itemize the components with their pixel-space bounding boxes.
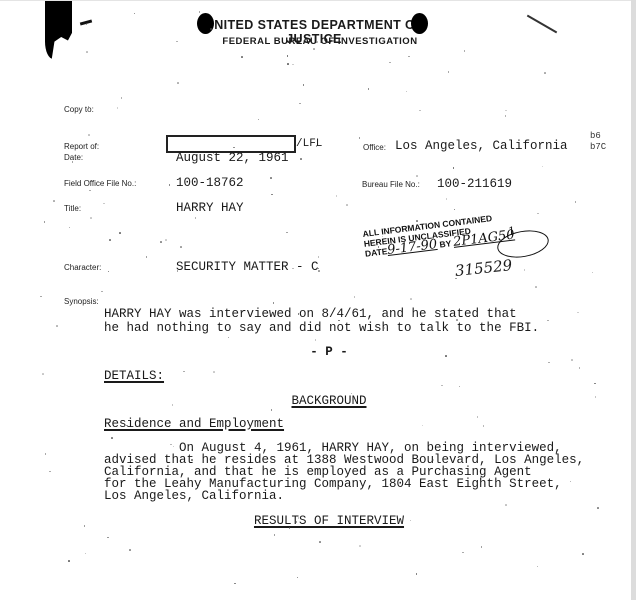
title-value: HARRY HAY [176, 201, 244, 215]
page-edge [631, 0, 636, 600]
document-page: UNITED STATES DEPARTMENT OF JUSTICE FEDE… [0, 0, 631, 600]
details-heading: DETAILS: [104, 369, 164, 384]
handwritten-mark: 1 [508, 225, 515, 238]
punch-hole [197, 13, 214, 34]
date-value: August 22, 1961 [176, 151, 289, 165]
declassification-stamp: ALL INFORMATION CONTAINED HEREIN IS UNCL… [362, 211, 515, 259]
synopsis-marker: - P - [104, 345, 554, 359]
bureau-heading: FEDERAL BUREAU OF INVESTIGATION [200, 36, 440, 47]
exemption-code: b6 [590, 131, 601, 141]
report-of-value: /LFL [296, 138, 322, 150]
paragraph-line: Los Angeles, California. [104, 489, 284, 504]
character-label: Character: [64, 263, 101, 272]
date-label: Date: [64, 153, 83, 162]
bureau-file-label: Bureau File No.: [362, 180, 420, 189]
copy-to-label: Copy to: [64, 105, 94, 114]
bureau-file-value: 100-211619 [437, 177, 512, 191]
punch-hole [411, 13, 428, 34]
field-office-file-value: 100-18762 [176, 176, 244, 190]
report-of-label: Report of: [64, 142, 99, 151]
title-label: Title: [64, 204, 81, 213]
character-value: SECURITY MATTER - C [176, 260, 319, 274]
handwritten-number: 315529 [454, 256, 513, 280]
residence-subheading: Residence and Employment [104, 417, 284, 432]
office-label: Office: [363, 143, 386, 152]
ink-mark [527, 15, 557, 34]
background-heading: BACKGROUND [104, 394, 554, 408]
synopsis-line: he had nothing to say and did not wish t… [104, 321, 539, 336]
ink-blot [45, 1, 72, 59]
exemption-code: b7C [590, 142, 606, 152]
synopsis-label: Synopsis: [64, 297, 99, 306]
synopsis-line: HARRY HAY was interviewed on 8/4/61, and… [104, 307, 517, 322]
results-heading: RESULTS OF INTERVIEW [104, 514, 554, 528]
field-office-file-label: Field Office File No.: [64, 179, 136, 188]
office-value: Los Angeles, California [395, 139, 568, 153]
